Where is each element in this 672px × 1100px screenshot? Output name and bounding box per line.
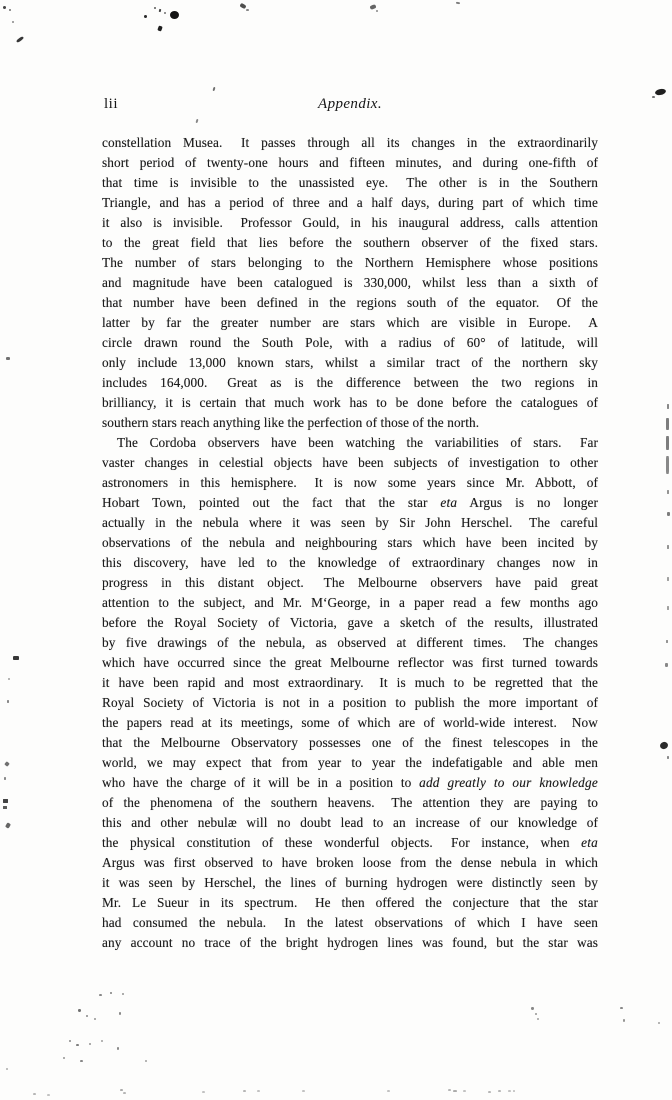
- text-segment: astronomers in this hemisphere. It is no…: [102, 475, 598, 490]
- book-page: lii Appendix. constellation Musea. It pa…: [0, 0, 672, 1100]
- ink-speck: [667, 577, 669, 581]
- ink-speck: [110, 992, 112, 994]
- text-segment: that the Melbourne Observatory possesses…: [102, 735, 598, 750]
- ink-speck: [99, 994, 102, 996]
- ink-speck: [257, 1090, 260, 1092]
- text-segment: which have occurred since the great Melb…: [102, 655, 598, 670]
- text-segment: this and other nebulæ will no doubt lead…: [102, 815, 598, 830]
- ink-speck: [144, 15, 147, 18]
- ink-speck: [456, 2, 460, 5]
- ink-speck: [508, 1090, 511, 1092]
- ink-speck: [164, 12, 166, 14]
- ink-speck: [666, 436, 669, 450]
- text-line: world, we may expect that from year to y…: [102, 753, 598, 773]
- text-segment: to the great field that lies before the …: [102, 235, 598, 250]
- text-segment: vaster changes in celestial objects have…: [102, 455, 598, 470]
- text-line: by five drawings of the nebula, as obser…: [102, 633, 598, 653]
- ink-speck: [376, 10, 378, 12]
- text-segment: progress in this distant object. The Mel…: [102, 575, 598, 590]
- ink-speck: [448, 1089, 451, 1091]
- text-segment: constellation Musea. It passes through a…: [102, 135, 598, 150]
- ink-speck: [4, 761, 10, 767]
- text-line: that time is invisible to the unassisted…: [102, 173, 598, 193]
- text-line: any account no trace of the bright hydro…: [102, 933, 598, 953]
- text-line: to the great field that lies before the …: [102, 233, 598, 253]
- text-segment: it was seen by Herschel, the lines of bu…: [102, 875, 598, 890]
- ink-speck: [120, 1089, 123, 1091]
- ink-speck: [78, 1009, 81, 1012]
- text-segment: southern stars reach anything like the p…: [102, 415, 479, 430]
- ink-speck: [243, 1090, 246, 1092]
- text-line: actually in the nebula where it was seen…: [102, 513, 598, 533]
- text-segment: any account no trace of the bright hydro…: [102, 935, 598, 950]
- ink-speck: [667, 756, 669, 759]
- text-line: of the phenomena of the southern heavens…: [102, 793, 598, 813]
- ink-speck: [666, 456, 669, 474]
- ink-speck: [667, 490, 669, 494]
- ink-speck: [666, 640, 668, 643]
- italic-text-segment: eta: [581, 835, 598, 850]
- text-segment: that number have been defined in the reg…: [102, 295, 598, 310]
- text-segment: only include 13,000 known stars, whilst …: [102, 355, 598, 370]
- text-line: Royal Society of Victoria is not in a po…: [102, 693, 598, 713]
- ink-speck: [667, 606, 669, 610]
- text-line: The number of stars belonging to the Nor…: [102, 253, 598, 273]
- text-segment: and magnitude have been catalogued is 33…: [102, 275, 598, 290]
- text-segment: Royal Society of Victoria is not in a po…: [102, 695, 598, 710]
- ink-speck: [12, 21, 14, 23]
- text-line: short period of twenty-one hours and fif…: [102, 153, 598, 173]
- ink-speck: [652, 96, 655, 98]
- text-line: the physical constitution of these wonde…: [102, 833, 598, 853]
- text-line: brilliancy, it is certain that much work…: [102, 393, 598, 413]
- ink-speck: [69, 1040, 71, 1042]
- ink-speck: [302, 1090, 305, 1092]
- text-line: this discovery, have led to the knowledg…: [102, 553, 598, 573]
- ink-speck: [665, 663, 668, 667]
- text-segment: the physical constitution of these wonde…: [102, 835, 581, 850]
- ink-speck: [654, 88, 666, 96]
- text-line: before the Royal Society of Victoria, ga…: [102, 613, 598, 633]
- text-line: The Cordoba observers have been watching…: [102, 433, 598, 453]
- ink-speck: [16, 36, 24, 43]
- ink-speck: [513, 1090, 515, 1092]
- text-segment: attention to the subject, and Mr. M‘Geor…: [102, 595, 598, 610]
- ink-speck: [498, 1090, 501, 1092]
- ink-speck: [463, 1090, 466, 1092]
- ink-speck: [213, 87, 216, 91]
- text-segment: of the phenomena of the southern heavens…: [102, 795, 598, 810]
- ink-speck: [667, 512, 670, 516]
- text-segment: The number of stars belonging to the Nor…: [102, 255, 598, 270]
- italic-text-segment: eta: [440, 495, 457, 510]
- text-segment: brilliancy, it is certain that much work…: [102, 395, 598, 410]
- ink-speck: [239, 3, 246, 9]
- ink-speck: [170, 11, 179, 19]
- ink-speck: [101, 1040, 103, 1042]
- ink-speck: [80, 1060, 83, 1062]
- text-line: constellation Musea. It passes through a…: [102, 133, 598, 153]
- text-line: it was seen by Herschel, the lines of bu…: [102, 873, 598, 893]
- ink-speck: [537, 1018, 539, 1020]
- text-segment: Argus was first observed to have broken …: [102, 855, 598, 870]
- text-segment: Hobart Town, pointed out the fact that t…: [102, 495, 440, 510]
- ink-speck: [123, 1092, 126, 1094]
- text-line: and magnitude have been catalogued is 33…: [102, 273, 598, 293]
- page-header: lii Appendix.: [102, 96, 598, 118]
- ink-speck: [8, 678, 10, 680]
- text-line: had consumed the nebula. In the latest o…: [102, 913, 598, 933]
- text-line: only include 13,000 known stars, whilst …: [102, 353, 598, 373]
- text-line: that the Melbourne Observatory possesses…: [102, 733, 598, 753]
- text-segment: actually in the nebula where it was seen…: [102, 515, 598, 530]
- text-line: who have the charge of it will be in a p…: [102, 773, 598, 793]
- ink-speck: [86, 1015, 88, 1017]
- text-segment: observations of the nebula and neighbour…: [102, 535, 598, 550]
- ink-speck: [667, 404, 669, 409]
- ink-speck: [5, 822, 11, 828]
- text-segment: the papers read at its meetings, some of…: [102, 715, 598, 730]
- text-segment: before the Royal Society of Victoria, ga…: [102, 615, 598, 630]
- ink-speck: [6, 1068, 8, 1070]
- ink-speck: [122, 993, 124, 995]
- text-line: this and other nebulæ will no doubt lead…: [102, 813, 598, 833]
- text-line: which have occurred since the great Melb…: [102, 653, 598, 673]
- text-segment: The Cordoba observers have been watching…: [117, 435, 598, 450]
- ink-speck: [13, 656, 19, 660]
- text-line: Hobart Town, pointed out the fact that t…: [102, 493, 598, 513]
- text-line: Triangle, and has a period of three and …: [102, 193, 598, 213]
- text-segment: short period of twenty-one hours and fif…: [102, 155, 598, 170]
- text-segment: includes 164,000. Great as is the differ…: [102, 375, 598, 390]
- ink-speck: [453, 1090, 457, 1092]
- text-line: includes 164,000. Great as is the differ…: [102, 373, 598, 393]
- ink-speck: [535, 1013, 537, 1015]
- ink-speck: [6, 357, 10, 360]
- ink-speck: [246, 9, 249, 11]
- ink-speck: [9, 9, 11, 11]
- text-segment: that time is invisible to the unassisted…: [102, 175, 598, 190]
- ink-speck: [666, 418, 669, 430]
- text-segment: had consumed the nebula. In the latest o…: [102, 915, 598, 930]
- text-segment: latter by far the greater number are sta…: [102, 315, 598, 330]
- ink-speck: [202, 1091, 205, 1093]
- ink-speck: [659, 741, 669, 750]
- ink-speck: [7, 700, 9, 703]
- text-line: attention to the subject, and Mr. M‘Geor…: [102, 593, 598, 613]
- text-line: Argus was first observed to have broken …: [102, 853, 598, 873]
- text-line: southern stars reach anything like the p…: [102, 413, 598, 433]
- text-line: that number have been defined in the reg…: [102, 293, 598, 313]
- ink-speck: [369, 4, 376, 10]
- ink-speck: [4, 777, 6, 780]
- ink-speck: [47, 1094, 50, 1096]
- text-line: Mr. Le Sueur in its spectrum. He then of…: [102, 893, 598, 913]
- text-line: observations of the nebula and neighbour…: [102, 533, 598, 553]
- text-segment: who have the charge of it will be in a p…: [102, 775, 419, 790]
- text-line: the papers read at its meetings, some of…: [102, 713, 598, 733]
- ink-speck: [117, 1047, 119, 1050]
- text-line: it also is invisible. Professor Gould, i…: [102, 213, 598, 233]
- text-segment: circle drawn round the South Pole, with …: [102, 335, 598, 350]
- ink-speck: [387, 1090, 390, 1092]
- italic-text-segment: add greatly to our knowledge: [419, 775, 598, 790]
- ink-speck: [89, 1043, 91, 1045]
- ink-speck: [488, 1091, 491, 1093]
- ink-speck: [119, 1012, 121, 1015]
- text-segment: Triangle, and has a period of three and …: [102, 195, 598, 210]
- ink-speck: [33, 1093, 36, 1095]
- running-head: Appendix.: [102, 96, 598, 113]
- text-segment: it also is invisible. Professor Gould, i…: [102, 215, 598, 230]
- text-segment: it have been rapid and most extraordinar…: [102, 675, 598, 690]
- text-line: vaster changes in celestial objects have…: [102, 453, 598, 473]
- ink-speck: [667, 545, 669, 549]
- text-segment: Mr. Le Sueur in its spectrum. He then of…: [102, 895, 598, 910]
- text-segment: by five drawings of the nebula, as obser…: [102, 635, 598, 650]
- ink-speck: [623, 1019, 625, 1022]
- ink-speck: [63, 1057, 65, 1059]
- text-line: progress in this distant object. The Mel…: [102, 573, 598, 593]
- text-line: astronomers in this hemisphere. It is no…: [102, 473, 598, 493]
- text-segment: world, we may expect that from year to y…: [102, 755, 598, 770]
- ink-speck: [3, 806, 7, 809]
- text-line: latter by far the greater number are sta…: [102, 313, 598, 333]
- ink-speck: [76, 1044, 79, 1046]
- body-text: constellation Musea. It passes through a…: [102, 133, 598, 953]
- ink-speck: [157, 25, 162, 31]
- ink-speck: [196, 119, 199, 123]
- ink-speck: [94, 1018, 96, 1020]
- ink-speck: [658, 1022, 660, 1024]
- ink-speck: [620, 1007, 623, 1009]
- ink-speck: [3, 6, 6, 9]
- text-segment: Argus is no longer: [457, 495, 598, 510]
- ink-speck: [531, 1007, 534, 1010]
- text-line: circle drawn round the South Pole, with …: [102, 333, 598, 353]
- ink-speck: [3, 799, 8, 803]
- ink-speck: [159, 9, 162, 12]
- text-segment: this discovery, have led to the knowledg…: [102, 555, 598, 570]
- text-line: it have been rapid and most extraordinar…: [102, 673, 598, 693]
- ink-speck: [145, 1060, 147, 1062]
- ink-speck: [154, 7, 156, 9]
